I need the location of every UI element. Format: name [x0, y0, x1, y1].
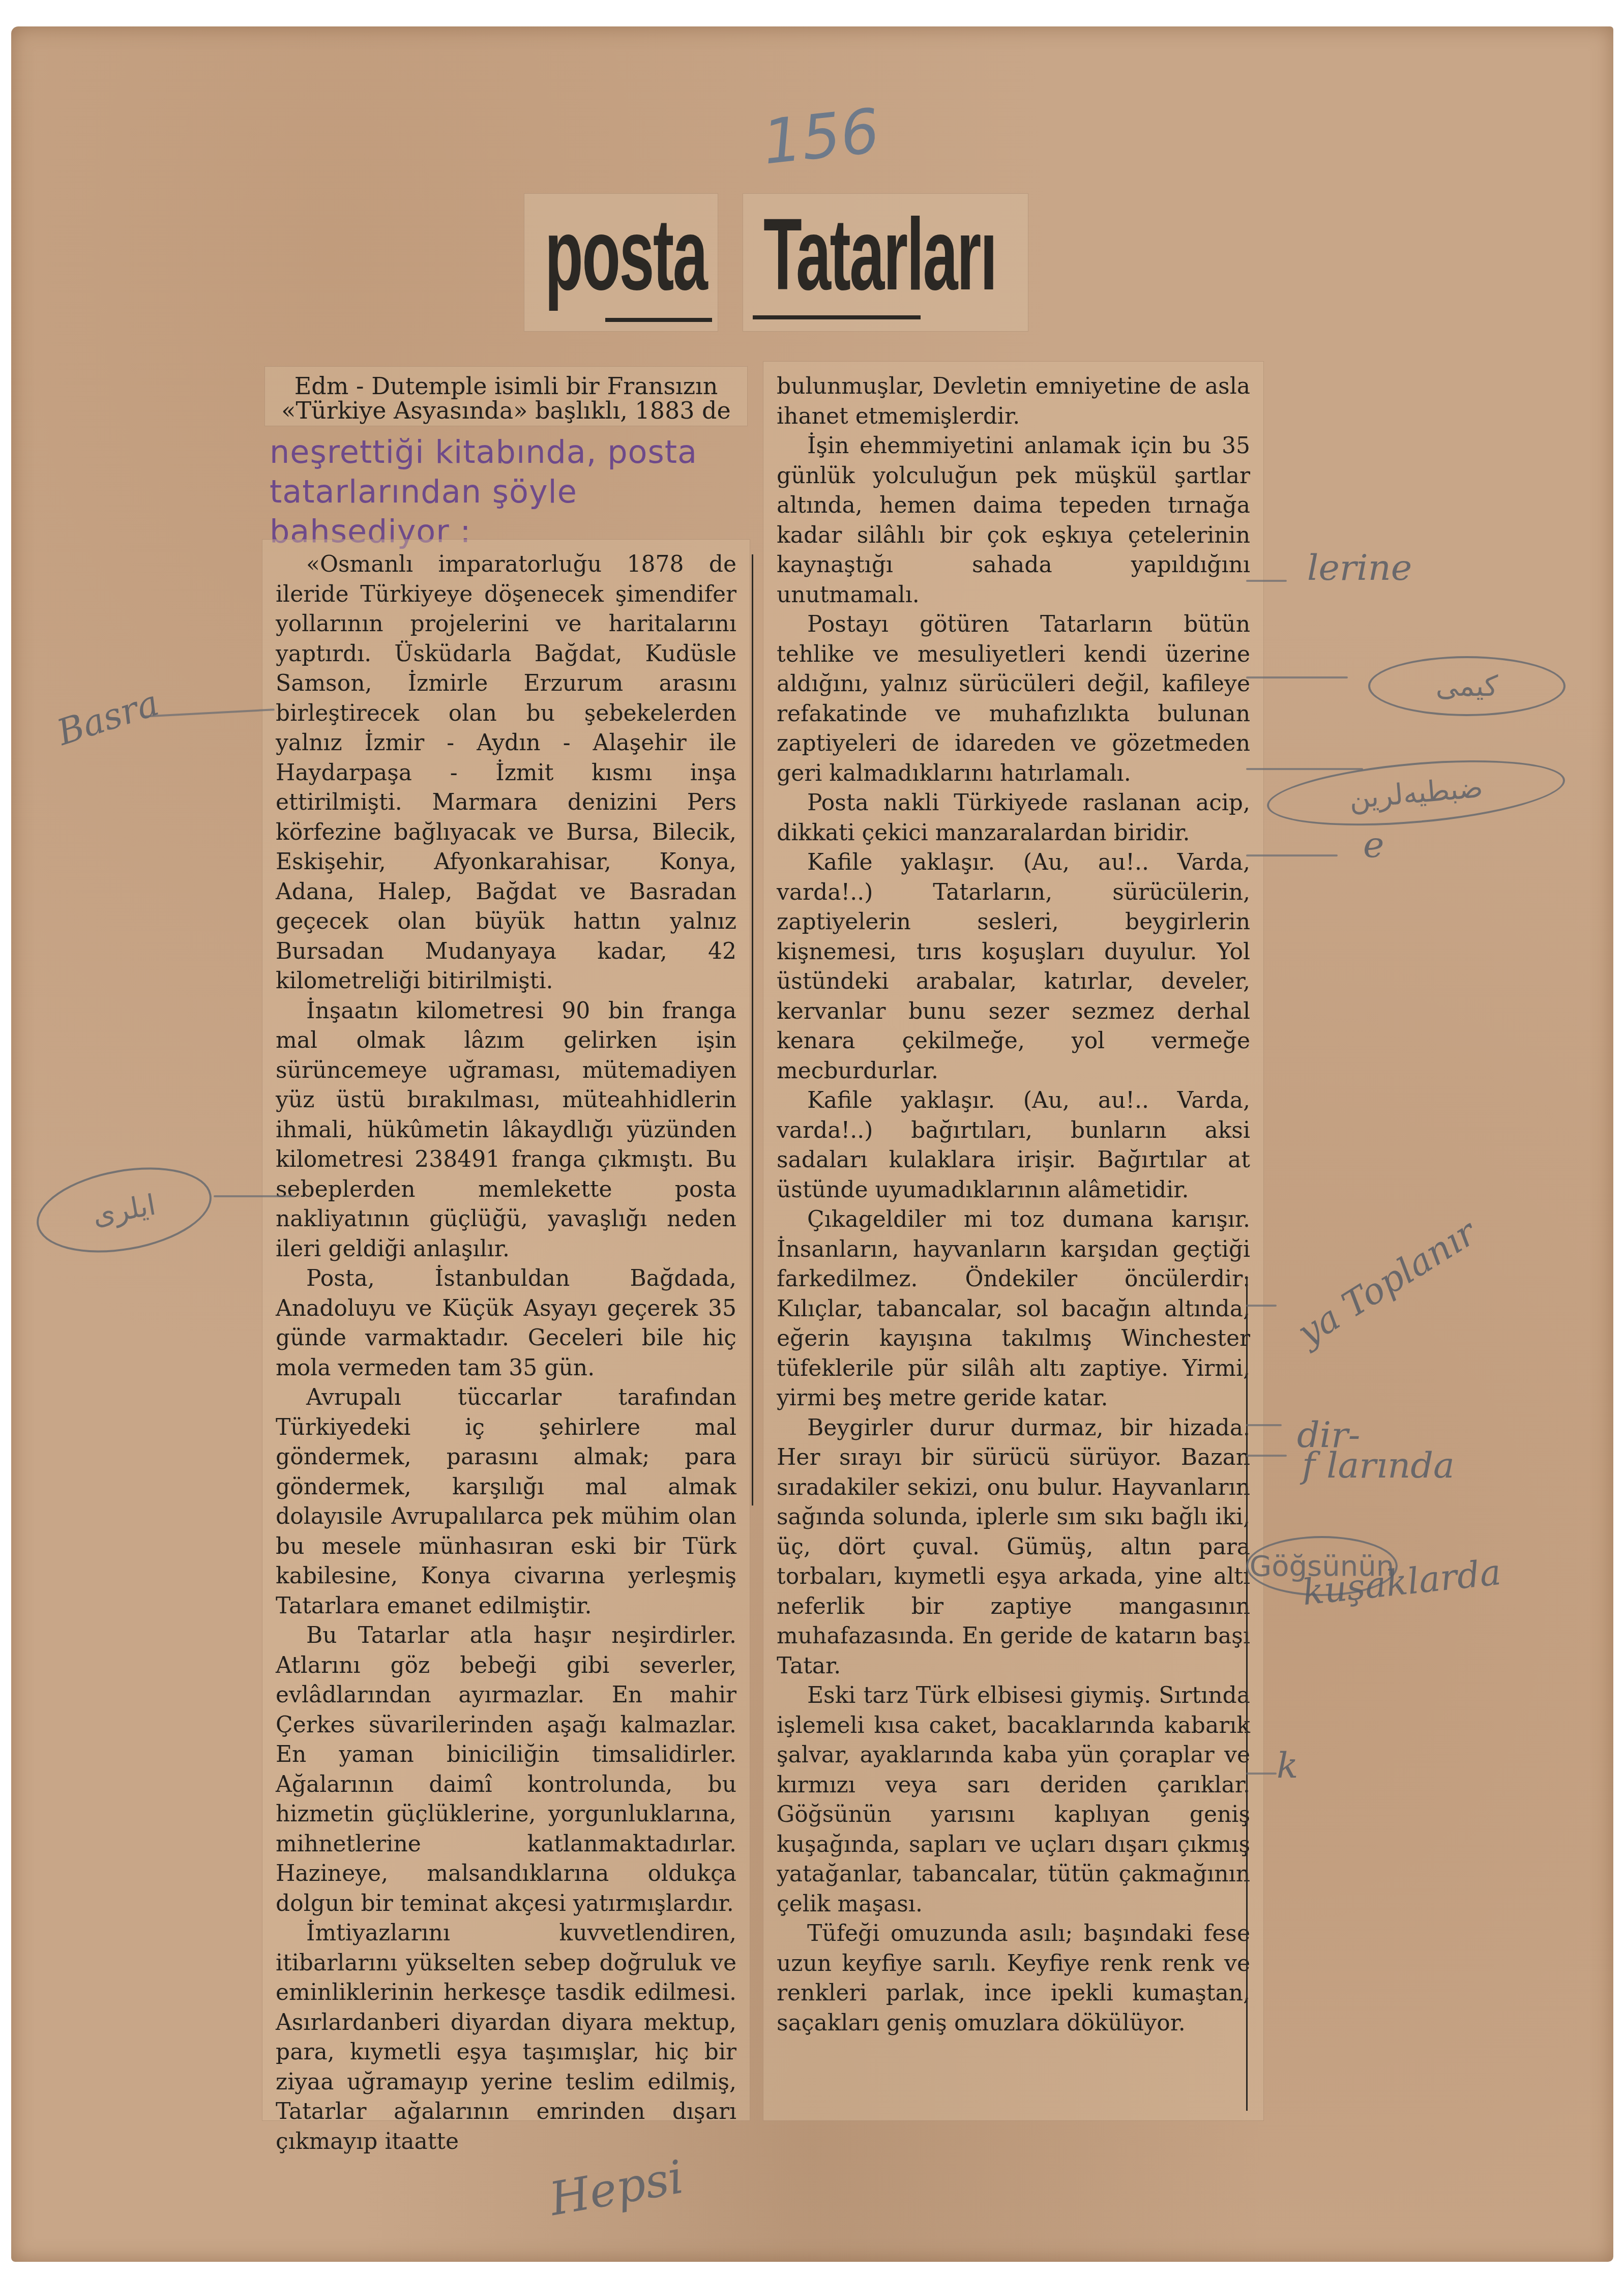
headline-word-tatarlari: Tatarları [763, 204, 996, 306]
paragraph: Posta nakli Türkiyede raslanan acip, dik… [777, 788, 1250, 848]
margin-note-lerine: lerine [1307, 547, 1412, 588]
margin-note-e: e [1363, 824, 1384, 866]
margin-pointer-line [1246, 580, 1287, 582]
paragraph: Eski tarz Türk elbisesi giymiş. Sırtında… [777, 1681, 1250, 1919]
paragraph: Çıkageldiler mi toz dumana karışır. İnsa… [777, 1205, 1250, 1413]
paragraph: Avrupalı tüccarlar tarafından Türkiyedek… [276, 1383, 736, 1621]
paragraph: Posta, İstanbuldan Bağdada, Anadoluyu ve… [276, 1264, 736, 1383]
article-column-left: «Osmanlı imparatorluğu 1878 de ileride T… [262, 539, 750, 2121]
margin-pointer-line [1246, 676, 1348, 678]
article-column-right: bulunmuşlar, Devletin emniyetine de asla… [763, 361, 1264, 2121]
margin-pointer-line [1246, 1773, 1277, 1775]
margin-pointer-line [1246, 1455, 1287, 1457]
margin-pointer-line [1246, 768, 1363, 770]
paragraph: Beygirler durur durmaz, bir hizada. Her … [777, 1413, 1250, 1681]
intro-line: «Türkiye Asyasında» başlıklı, 1883 de [277, 398, 735, 423]
margin-note-oval: کیمی [1368, 656, 1566, 716]
margin-pointer-line [214, 1195, 295, 1197]
headline-underline [753, 315, 921, 319]
headline-word-posta: posta [545, 204, 706, 306]
intro-line: Edm - Dutemple isimli bir Fransızın [277, 374, 735, 398]
paragraph: İnşaatın kilometresi 90 bin franga mal o… [276, 996, 736, 1264]
margin-pointer-line [1246, 1305, 1277, 1307]
headline-clipping-2: Tatarları [743, 193, 1028, 332]
paragraph: Kafile yaklaşır. (Au, au!.. Varda, varda… [777, 1086, 1250, 1205]
paragraph: İşin ehemmiyetini anlamak için bu 35 gün… [777, 431, 1250, 610]
headline-clipping-1: posta [524, 193, 718, 332]
paragraph: Bu Tatarlar atla haşır neşirdirler. Atla… [276, 1621, 736, 1918]
paragraph: Kafile yaklaşır. (Au, au!.. Varda, varda… [777, 848, 1250, 1086]
margin-pointer-line [1246, 1424, 1282, 1426]
intro-clipping: Edm - Dutemple isimli bir Fransızın «Tür… [264, 366, 748, 426]
column-divider [1246, 1277, 1248, 2111]
paragraph: «Osmanlı imparatorluğu 1878 de ileride T… [276, 550, 736, 996]
paragraph: İmtiyazlarını kuvvetlendiren, itibarları… [276, 1918, 736, 2157]
headline-underline [605, 318, 712, 322]
paragraph: Postayı götüren Tatarların bütün tehlike… [777, 610, 1250, 788]
margin-note-k: k [1277, 1745, 1298, 1786]
paragraph: Tüfeği omuzunda asılı; başındaki fese uz… [777, 1919, 1250, 2038]
column-divider [752, 554, 753, 1506]
margin-pointer-line [1246, 854, 1338, 857]
handwritten-intro-continuation: neşrettiği kitabında, posta tatarlarında… [270, 432, 753, 551]
margin-note-larinda: f larında [1302, 1444, 1455, 1486]
paragraph: bulunmuşlar, Devletin emniyetine de asla… [777, 372, 1250, 431]
handwritten-page-number: 156 [759, 96, 882, 178]
